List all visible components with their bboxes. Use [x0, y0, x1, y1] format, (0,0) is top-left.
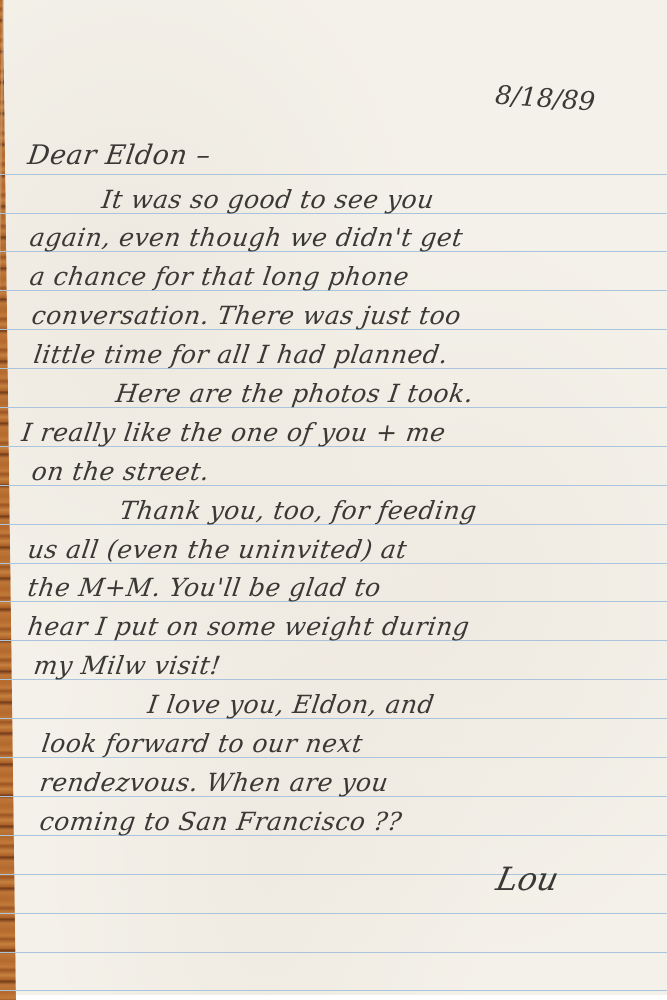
letter-line: look forward to our next	[40, 731, 364, 756]
letter-line: I really like the one of you + me	[20, 420, 447, 445]
letter-line: us all (even the uninvited) at	[26, 537, 409, 562]
letter-line: my Milw visit!	[32, 653, 222, 678]
letter-line: on the street.	[30, 459, 211, 484]
letter-line: conversation. There was just too	[30, 303, 463, 328]
rule-line	[0, 952, 667, 953]
rule-line	[0, 913, 667, 914]
salutation: Dear Eldon –	[26, 142, 212, 169]
letter-line: It was so good to see you	[100, 187, 436, 212]
letter-line: again, even though we didn't get	[28, 225, 464, 250]
rule-line	[0, 990, 667, 991]
rule-line	[0, 874, 667, 875]
letter-line: coming to San Francisco ??	[38, 809, 403, 834]
signature: Lou	[493, 860, 562, 898]
letter-line: rendezvous. When are you	[38, 770, 390, 795]
letter-line: a chance for that long phone	[28, 264, 411, 289]
letter-line: Thank you, too, for feeding	[118, 498, 478, 523]
letter-line: hear I put on some weight during	[26, 614, 471, 639]
rule-line	[0, 174, 667, 175]
letter-line: the M+M. You'll be glad to	[26, 575, 382, 600]
letter-line: Here are the photos I took.	[114, 381, 475, 406]
letter-line: I love you, Eldon, and	[146, 692, 436, 717]
letter-line: little time for all I had planned.	[32, 342, 450, 367]
